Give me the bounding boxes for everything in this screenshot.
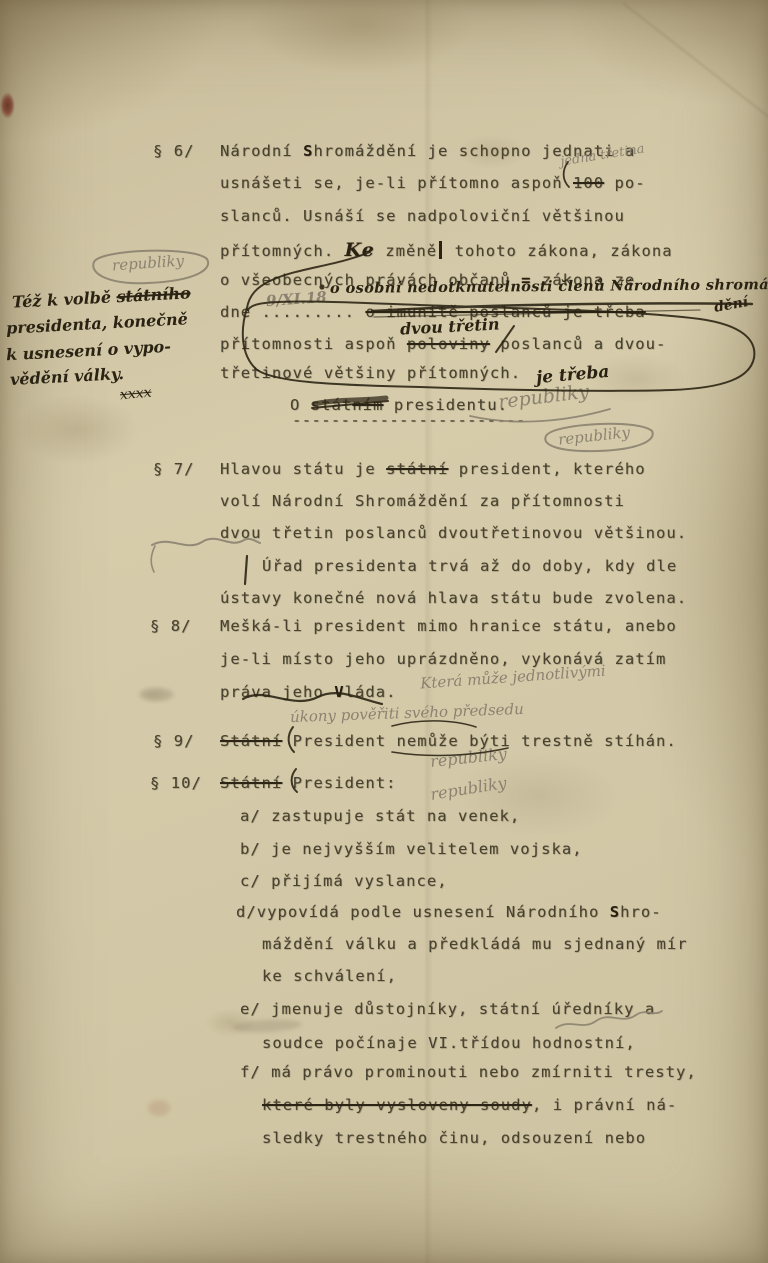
typed-line: přítomných. Ke změně tohoto zákona, záko… [220, 239, 673, 261]
red-stain [0, 92, 15, 119]
heading-dash-underline: ------------------------ [292, 411, 526, 429]
paper-stain [148, 1100, 170, 1116]
pencil-note-ktera-muze-2: úkony pověřiti svého předsedu [290, 700, 524, 726]
typed-line: Úřad presidenta trvá až do doby, kdy dle [262, 557, 677, 575]
typed-line: volí Národní Shromáždění za přítomnosti [220, 492, 625, 510]
list-item-e: e/ jmenuje důstojníky, státní úředníky a [240, 1000, 655, 1018]
pencil-note-republiky-heading: republiky [497, 381, 590, 414]
typed-line: Hlavou státu je státní president, kteréh… [220, 460, 646, 478]
ink-insert-nedotknutelnost: o osobní nedotknutelnosti členů Národníh… [330, 276, 768, 297]
ink-overwritten-letter: V [334, 683, 344, 701]
list-item-f: f/ má právo prominouti nebo zmírniti tre… [240, 1063, 697, 1081]
section-label-9: § 9/ [153, 732, 195, 750]
scanned-document-page: § 6/ Národní Shromáždění je schopno jedn… [0, 0, 768, 1263]
struck-text: které byly vysloveny soudy [262, 1096, 532, 1114]
struck-text: poloviny [407, 335, 490, 353]
pencil-note-republiky-margin: republiky [111, 252, 184, 275]
ink-overwritten-letter: S [610, 903, 620, 921]
section-label-8: § 8/ [150, 617, 192, 635]
list-item-e-cont: soudce počínaje VI.třídou hodnostní, [262, 1034, 636, 1052]
typed-line: ústavy konečné nová hlava státu bude zvo… [220, 589, 687, 607]
pencil-note-republiky-s10: republiky [429, 773, 508, 804]
margin-note-line1: Též k volbě státního [12, 283, 191, 311]
struck-text: státní [386, 460, 448, 478]
ink-insertion-ke: Ke [345, 239, 375, 261]
typed-line: Mešká-li president mimo hranice státu, a… [220, 617, 677, 635]
list-item-b: b/ je nejvyšším velitelem vojska, [240, 840, 583, 858]
margin-x-marks: xxxx [119, 385, 152, 404]
section-label-10: § 10/ [150, 774, 202, 792]
ink-paragraph-mark [245, 556, 247, 584]
section-label-6: § 6/ [153, 142, 195, 160]
list-item-c: c/ přijímá vyslance, [240, 872, 448, 890]
ink-insert-deni: dění [713, 294, 749, 316]
paper-crease [623, 2, 768, 139]
typed-line: třetinové většiny přítomných. [220, 364, 521, 382]
typed-line: práva jeho Vláda. [220, 683, 397, 701]
typed-line: Státní President: [220, 774, 397, 792]
list-item-a: a/ zastupuje stát na venek, [240, 807, 520, 825]
pencil-scribble-s7-tail [151, 546, 155, 572]
section-label-7: § 7/ [153, 460, 195, 478]
list-item-d: d/vypovídá podle usnesení Národního Shro… [236, 903, 662, 921]
typed-line: Státní President nemůže býti trestně stí… [220, 732, 677, 750]
ink-deletion-bar [439, 241, 442, 259]
margin-note-line4: vědění války. [10, 364, 125, 389]
typed-line: dvou třetin poslanců dvoutřetinovou větš… [220, 524, 687, 542]
struck-text: Státní [220, 774, 282, 792]
list-item-f-cont: sledky trestného činu, odsouzení nebo [262, 1129, 646, 1147]
typed-line: slanců. Usnáší se nadpoloviční většinou [220, 207, 625, 225]
list-item-d-cont: ke schválení, [262, 967, 397, 985]
ink-overwritten-letter: S [303, 142, 313, 160]
typed-line: přítomnosti aspoň poloviny poslanců a dv… [220, 335, 666, 353]
margin-note-line2: presidenta, konečně [6, 309, 189, 337]
margin-note-line3: k usnesení o vypo- [6, 337, 172, 365]
list-item-f-cont: které byly vysloveny soudy, i právní ná- [262, 1096, 677, 1114]
typed-line: usnášeti se, je-li přítomno aspoň 100 po… [220, 174, 646, 192]
pencil-smudge [140, 688, 174, 701]
pencil-smudge [232, 1018, 303, 1034]
struck-text: státního [116, 283, 191, 306]
pencil-note-republiky-heading-2: republiky [557, 423, 631, 448]
list-item-d-cont: máždění válku a předkládá mu sjednaný mí… [262, 935, 688, 953]
struck-text: 100 [573, 174, 604, 192]
struck-text: Státní [220, 732, 282, 750]
